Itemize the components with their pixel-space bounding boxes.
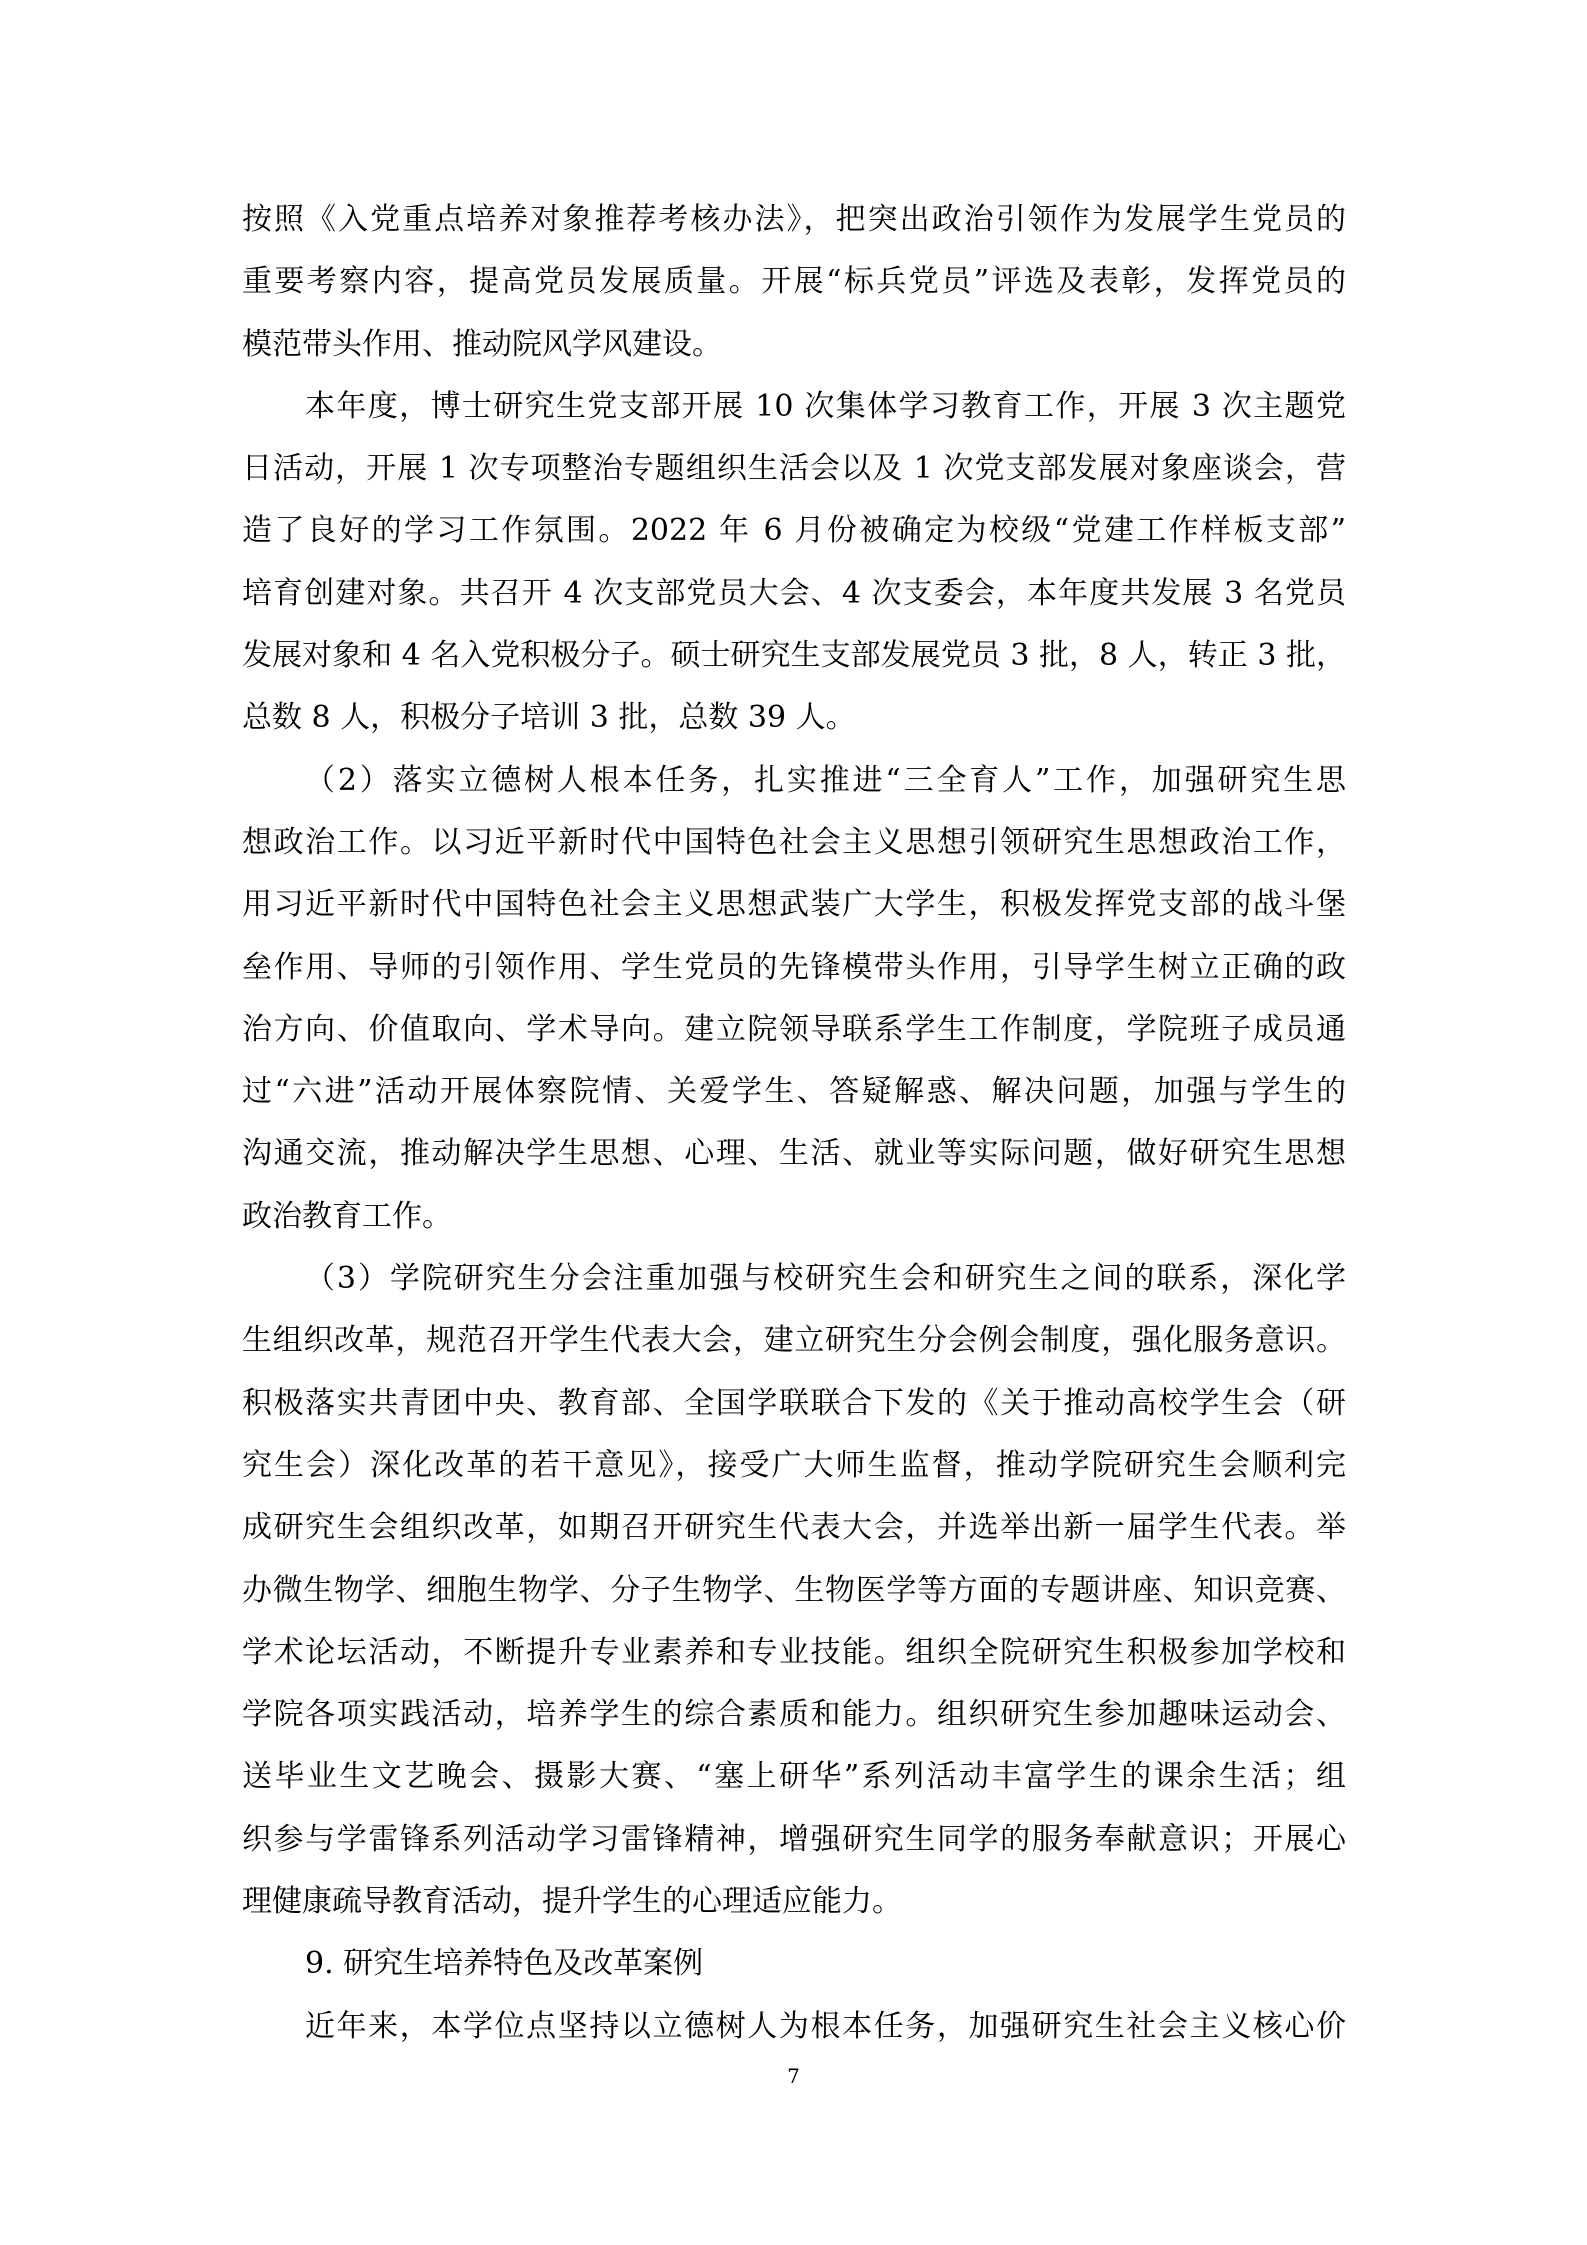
section-heading: 9. 研究生培养特色及改革案例 <box>242 1933 1346 1995</box>
text-line: 成研究生会组织改革，如期召开研究生代表大会，并选举出新一届学生代表。举 <box>242 1497 1346 1559</box>
text-line: 造了良好的学习工作氛围。2022 年 6 月份被确定为校级“党建工作样板支部” <box>242 500 1346 562</box>
text-line: 沟通交流，推动解决学生思想、心理、生活、就业等实际问题，做好研究生思想 <box>242 1123 1346 1185</box>
text-line: 究生会）深化改革的若干意见》，接受广大师生监督，推动学院研究生会顺利完 <box>242 1435 1346 1497</box>
document-page: 按照《入党重点培养对象推荐考核办法》，把突出政治引领作为发展学生党员的 重要考察… <box>0 0 1587 2245</box>
text-line: 本年度，博士研究生党支部开展 10 次集体学习教育工作，开展 3 次主题党 <box>242 376 1346 438</box>
text-line: 政治教育工作。 <box>242 1186 1346 1248</box>
text-line: 日活动，开展 1 次专项整治专题组织生活会以及 1 次党支部发展对象座谈会，营 <box>242 438 1346 500</box>
text-line: 按照《入党重点培养对象推荐考核办法》，把突出政治引领作为发展学生党员的 <box>242 189 1346 251</box>
text-line: 重要考察内容，提高党员发展质量。开展“标兵党员”评选及表彰，发挥党员的 <box>242 251 1346 313</box>
text-line: 用习近平新时代中国特色社会主义思想武装广大学生，积极发挥党支部的战斗堡 <box>242 874 1346 936</box>
text-line: 培育创建对象。共召开 4 次支部党员大会、4 次支委会，本年度共发展 3 名党员 <box>242 563 1346 625</box>
text-line: 过“六进”活动开展体察院情、关爱学生、答疑解惑、解决问题，加强与学生的 <box>242 1061 1346 1123</box>
text-line: 学术论坛活动，不断提升专业素养和专业技能。组织全院研究生积极参加学校和 <box>242 1622 1346 1684</box>
text-line: 办微生物学、细胞生物学、分子生物学、生物医学等方面的专题讲座、知识竞赛、 <box>242 1560 1346 1622</box>
text-line: （3）学院研究生分会注重加强与校研究生会和研究生之间的联系，深化学 <box>242 1248 1346 1310</box>
text-line: 近年来，本学位点坚持以立德树人为根本任务，加强研究生社会主义核心价 <box>242 1996 1346 2058</box>
text-line: 学院各项实践活动，培养学生的综合素质和能力。组织研究生参加趣味运动会、 <box>242 1684 1346 1746</box>
text-line: （2）落实立德树人根本任务，扎实推进“三全育人”工作，加强研究生思 <box>242 750 1346 812</box>
text-line: 积极落实共青团中央、教育部、全国学联联合下发的《关于推动高校学生会（研 <box>242 1373 1346 1435</box>
text-line: 治方向、价值取向、学术导向。建立院领导联系学生工作制度，学院班子成员通 <box>242 999 1346 1061</box>
text-line: 送毕业生文艺晚会、摄影大赛、“塞上研华”系列活动丰富学生的课余生活；组 <box>242 1746 1346 1808</box>
text-line: 理健康疏导教育活动，提升学生的心理适应能力。 <box>242 1871 1346 1933</box>
text-line: 总数 8 人，积极分子培训 3 批，总数 39 人。 <box>242 687 1346 749</box>
text-line: 想政治工作。以习近平新时代中国特色社会主义思想引领研究生思想政治工作， <box>242 812 1346 874</box>
body-text: 按照《入党重点培养对象推荐考核办法》，把突出政治引领作为发展学生党员的 重要考察… <box>242 189 1346 2058</box>
text-line: 生组织改革，规范召开学生代表大会，建立研究生分会例会制度，强化服务意识。 <box>242 1310 1346 1372</box>
text-line: 垒作用、导师的引领作用、学生党员的先锋模带头作用，引导学生树立正确的政 <box>242 937 1346 999</box>
text-line: 发展对象和 4 名入党积极分子。硕士研究生支部发展党员 3 批，8 人，转正 3… <box>242 625 1346 687</box>
text-line: 模范带头作用、推动院风学风建设。 <box>242 314 1346 376</box>
page-number: 7 <box>0 2062 1587 2090</box>
text-line: 织参与学雷锋系列活动学习雷锋精神，增强研究生同学的服务奉献意识；开展心 <box>242 1809 1346 1871</box>
